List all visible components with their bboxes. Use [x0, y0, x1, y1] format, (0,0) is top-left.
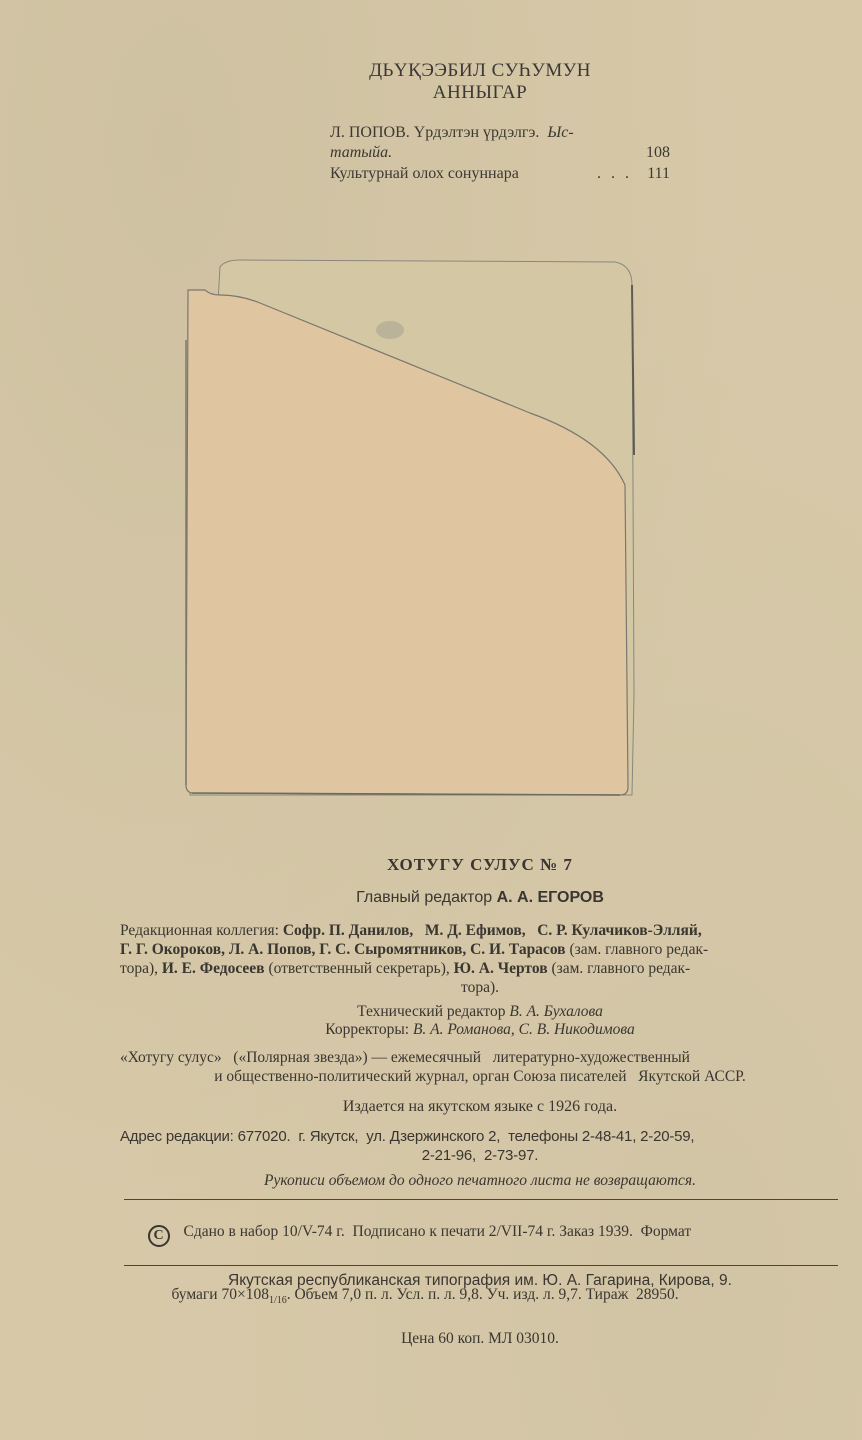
toc-entry-genre: Ыс- — [547, 124, 573, 141]
toc-entry-title: Үрдэлтэн үрдэлгэ. — [414, 124, 540, 141]
proofreaders-names: В. А. Романова, С. В. Никодимова — [413, 1021, 635, 1038]
toc-entry-genre-cont: татыйа. — [330, 144, 392, 161]
published-since: Издается на якутском языке с 1926 года. — [120, 1097, 840, 1116]
journal-description: «Хотугу сулус» («Полярная звезда») — еже… — [120, 1048, 840, 1086]
divider — [124, 1199, 838, 1200]
journal-title: ХОТУГУ СУЛУС № 7 — [120, 855, 840, 875]
pasted-pocket — [180, 255, 640, 800]
chief-editor-line: Главный редактор А. А. ЕГОРОВ — [120, 888, 840, 907]
tech-editor-name: В. А. Бухалова — [509, 1003, 603, 1020]
board-note: (ответственный секретарь), — [268, 960, 449, 977]
contents-heading: ДЬҮҚЭЭБИЛ СУҺУМУН АННЫГАР — [320, 60, 640, 104]
manuscripts-note: Рукописи объемом до одного печатного лис… — [120, 1171, 840, 1190]
board-label: Редакционная коллегия: — [120, 922, 279, 939]
toc-entry-author: Л. ПОПОВ. — [330, 124, 410, 141]
address-line: 2-21-96, 2-73-97. — [120, 1146, 840, 1165]
board-member: Ю. А. Чертов — [454, 960, 548, 977]
contents-heading-line1: ДЬҮҚЭЭБИЛ СУҺУМУН — [320, 60, 640, 82]
description-line: и общественно-политический журнал, орган… — [120, 1067, 840, 1086]
copyright-icon: C — [148, 1225, 170, 1247]
proofreaders-line: Корректоры: В. А. Романова, С. В. Никоди… — [120, 1020, 840, 1039]
board-members-line1: Софр. П. Данилов, М. Д. Ефимов, С. Р. Ку… — [283, 922, 702, 939]
toc-entry-page: 108 — [646, 143, 670, 163]
imprint-format-sub: 1/16 — [269, 1295, 287, 1306]
board-members-line2: Г. Г. Окороков, Л. А. Попов, Г. С. Сыром… — [120, 941, 566, 958]
description-line: «Хотугу сулус» («Полярная звезда») — еже… — [120, 1048, 840, 1067]
toc-entry: Л. ПОПОВ. Үрдэлтэн үрдэлгэ. Ыс- татыйа. … — [330, 123, 670, 163]
printer-line: Якутская республиканская типография им. … — [120, 1271, 840, 1290]
editorial-address: Адрес редакции: 677020. г. Якутск, ул. Д… — [120, 1127, 840, 1165]
board-text: тора). — [120, 978, 840, 997]
tech-editor-line: Технический редактор В. А. Бухалова — [120, 1002, 840, 1021]
contents-heading-line2: АННЫГАР — [320, 82, 640, 104]
chief-editor-name: А. А. ЕГОРОВ — [497, 889, 604, 906]
imprint-line: Сдано в набор 10/V-74 г. Подписано к печ… — [184, 1223, 692, 1240]
toc-entry-page: 111 — [647, 164, 670, 184]
imprint-price: Цена 60 коп. МЛ 03010. — [120, 1329, 840, 1348]
board-member: И. Е. Федосеев — [162, 960, 265, 977]
address-line: Адрес редакции: 677020. г. Якутск, ул. Д… — [120, 1127, 840, 1146]
toc-entry-title: Культурнай олох сонуннара — [330, 165, 519, 182]
toc-entry-leader: . . . — [597, 164, 632, 184]
proofreaders-label: Корректоры: — [325, 1021, 409, 1038]
board-note: (зам. главного редак- — [551, 960, 690, 977]
toc-entry: Культурнай олох сонуннара . . . 111 — [330, 164, 670, 184]
divider — [124, 1265, 838, 1266]
tech-editor-label: Технический редактор — [357, 1003, 505, 1020]
board-note: (зам. главного редак- — [569, 941, 708, 958]
editorial-board: Редакционная коллегия: Софр. П. Данилов,… — [120, 921, 840, 997]
pocket-illustration — [180, 255, 640, 800]
board-text: тора), — [120, 960, 158, 977]
chief-editor-label: Главный редактор — [356, 889, 492, 906]
